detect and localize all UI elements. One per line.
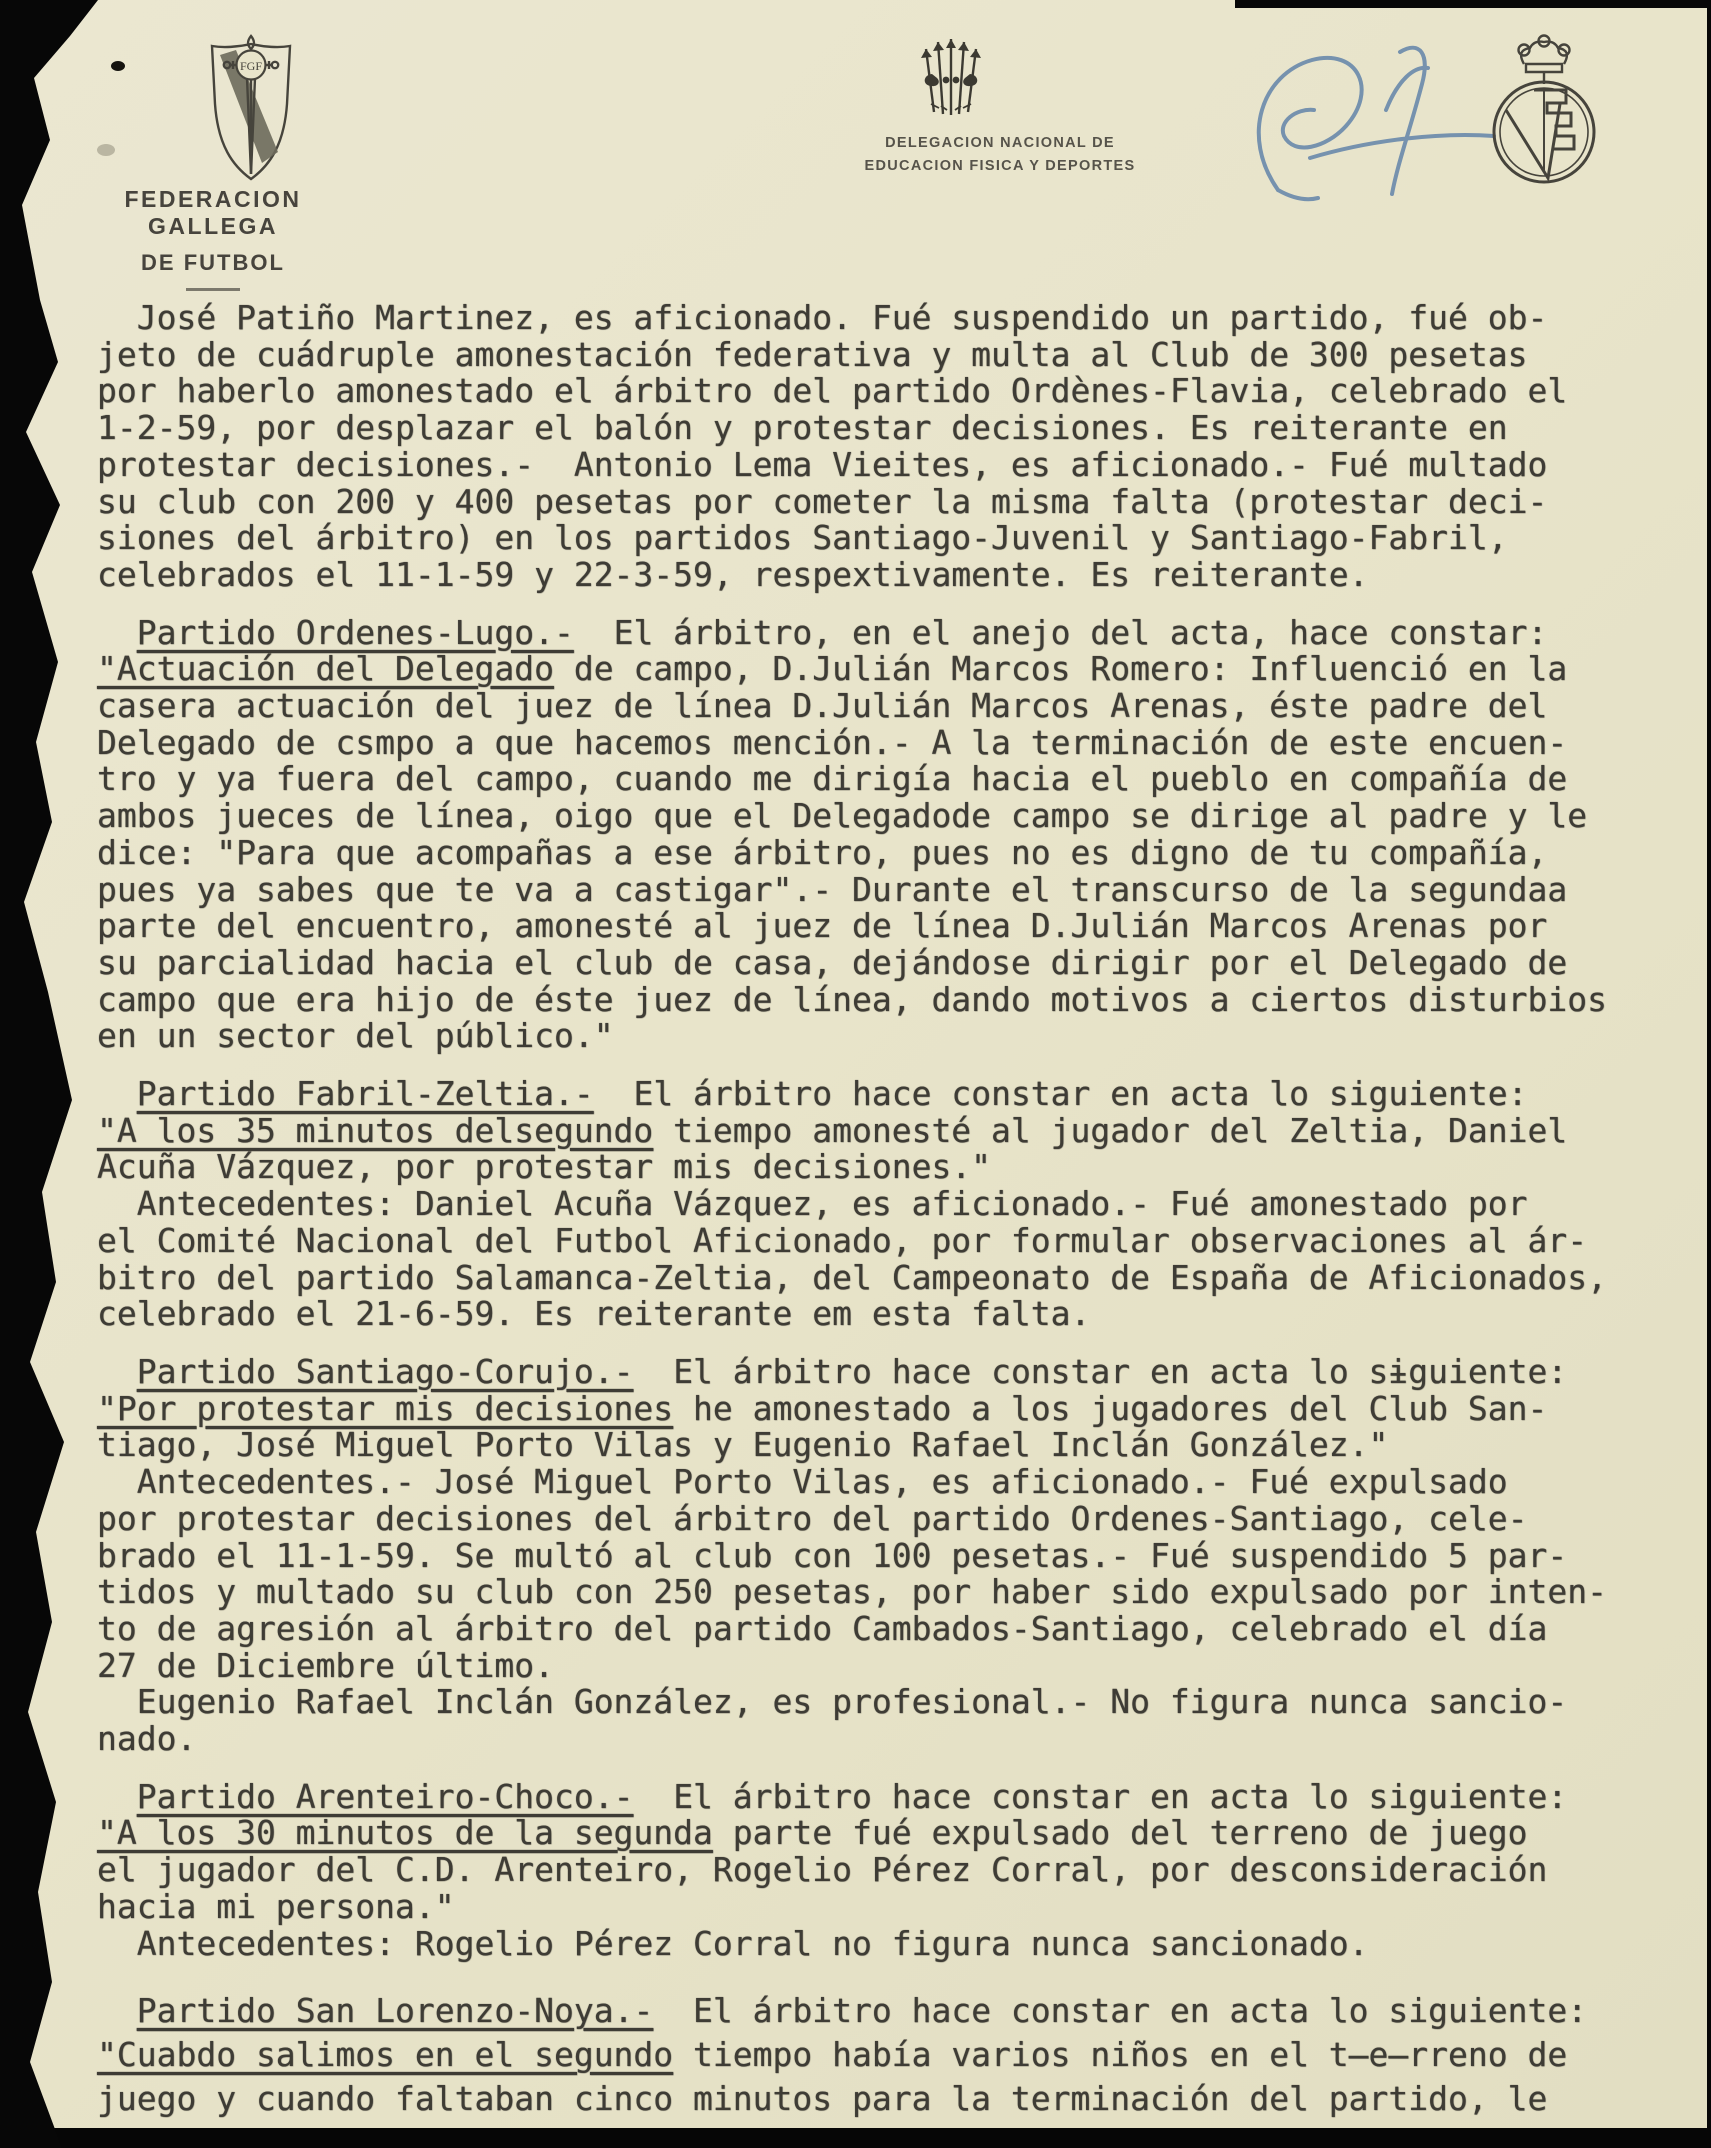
typewritten-line: hacia mi persona." (97, 1889, 1687, 1926)
typewritten-line: 1-2-59, por desplazar el balón y protest… (97, 410, 1687, 447)
typewritten-line: Partido Fabril-Zeltia.- El árbitro hace … (97, 1076, 1687, 1113)
typewritten-line: Delegado de csmpo a que hacemos mención.… (97, 725, 1687, 762)
typewritten-line: el Comité Nacional del Futbol Aficionado… (97, 1223, 1687, 1260)
typewritten-line: su parcialidad hacia el club de casa, de… (97, 945, 1687, 982)
delegation-line2: EDUCACION FISICA Y DEPORTES (790, 155, 1210, 178)
typewritten-line: "Por protestar mis decisiones he amonest… (97, 1391, 1687, 1428)
typewritten-line: Partido Santiago-Corujo.- El árbitro hac… (97, 1354, 1687, 1391)
typewritten-line: casera actuación del juez de línea D.Jul… (97, 688, 1687, 725)
left-org-name: FEDERACION GALLEGA DE FUTBOL (88, 186, 338, 291)
typewritten-line: pues ya sabes que te va a castigar".- Du… (97, 872, 1687, 909)
typewritten-line: siones del árbitro) en los partidos Sant… (97, 520, 1687, 557)
typewritten-line: "A los 35 minutos delsegundo tiempo amon… (97, 1113, 1687, 1150)
org-name-line1: FEDERACION GALLEGA (88, 186, 338, 240)
typewritten-line: jeto de cuádruple amonestación federativ… (97, 337, 1687, 374)
typewritten-line: Antecedentes: Daniel Acuña Vázquez, es a… (97, 1186, 1687, 1223)
typewritten-line: celebrado el 21-6-59. Es reiterante em e… (97, 1296, 1687, 1333)
fgf-monogram: FGF (240, 59, 262, 73)
typewritten-line: campo que era hijo de éste juez de línea… (97, 982, 1687, 1019)
scan-top-edge (1235, 0, 1711, 8)
typewritten-line: "Actuación del Delegado de campo, D.Juli… (97, 651, 1687, 688)
falange-yoke-and-arrows-emblem (919, 34, 983, 120)
document-section: Partido Ordenes-Lugo.- El árbitro, en el… (97, 615, 1687, 1055)
typewritten-line: tidos y multado su club con 250 pesetas,… (97, 1574, 1687, 1611)
scanned-document-page: FGF FEDERACION GALLEGA DE FUTBOL (0, 0, 1711, 2148)
typewritten-line: Partido Ordenes-Lugo.- El árbitro, en el… (97, 615, 1687, 652)
typewritten-line: nado. (97, 1721, 1687, 1758)
typewritten-line: Acuña Vázquez, por protestar mis decisio… (97, 1149, 1687, 1186)
typewritten-line: to de agresión al árbitro del partido Ca… (97, 1611, 1687, 1648)
crowned-federation-crest (1478, 28, 1610, 196)
typewritten-line: bitro del partido Salamanca-Zeltia, del … (97, 1260, 1687, 1297)
typewritten-line: Antecedentes: Rogelio Pérez Corral no fi… (97, 1926, 1687, 1963)
document-section: José Patiño Martinez, es aficionado. Fué… (97, 300, 1687, 594)
typewritten-line: 27 de Diciembre último. (97, 1648, 1687, 1685)
typewritten-line: Antecedentes.- José Miguel Porto Vilas, … (97, 1464, 1687, 1501)
typewritten-line: "Cuabdo salimos en el segundo tiempo hab… (97, 2033, 1687, 2077)
typewritten-line: protestar decisiones.- Antonio Lema Viei… (97, 447, 1687, 484)
typewritten-line: por protestar decisiones del árbitro del… (97, 1501, 1687, 1538)
typewritten-line: tro y ya fuera del campo, cuando me diri… (97, 761, 1687, 798)
org-name-rule (186, 288, 240, 291)
typewritten-line: por haberlo amonestado el árbitro del pa… (97, 373, 1687, 410)
org-name-line2: DE FUTBOL (88, 250, 338, 276)
document-section: Partido Santiago-Corujo.- El árbitro hac… (97, 1354, 1687, 1758)
typewritten-line: Eugenio Rafael Inclán González, es profe… (97, 1684, 1687, 1721)
document-section: Partido Fabril-Zeltia.- El árbitro hace … (97, 1076, 1687, 1333)
typewritten-line: dice: "Para que acompañas a ese árbitro,… (97, 835, 1687, 872)
document-section: Partido San Lorenzo-Noya.- El árbitro ha… (97, 1989, 1687, 2121)
typewritten-line: Partido San Lorenzo-Noya.- El árbitro ha… (97, 1989, 1687, 2033)
typewritten-line: "A los 30 minutos de la segunda parte fu… (97, 1815, 1687, 1852)
typewritten-line: el jugador del C.D. Arenteiro, Rogelio P… (97, 1852, 1687, 1889)
typewritten-line: brado el 11-1-59. Se multó al club con 1… (97, 1538, 1687, 1575)
delegation-line1: DELEGACION NACIONAL DE (790, 132, 1210, 155)
typewritten-line: José Patiño Martinez, es aficionado. Fué… (97, 300, 1687, 337)
handwritten-signature (1248, 38, 1504, 208)
typewritten-line: celebrados el 11-1-59 y 22-3-59, respext… (97, 557, 1687, 594)
typewritten-line: parte del encuentro, amonesté al juez de… (97, 908, 1687, 945)
typewritten-line: Partido Arenteiro-Choco.- El árbitro hac… (97, 1779, 1687, 1816)
typewritten-line: ambos jueces de línea, oigo que el Deleg… (97, 798, 1687, 835)
document-body: José Patiño Martinez, es aficionado. Fué… (97, 300, 1687, 2121)
typewritten-line: tiago, José Miguel Porto Vilas y Eugenio… (97, 1427, 1687, 1464)
typewritten-line: su club con 200 y 400 pesetas por comete… (97, 484, 1687, 521)
center-org-name: DELEGACION NACIONAL DE EDUCACION FISICA … (790, 132, 1210, 178)
fgf-shield-logo: FGF (203, 34, 299, 186)
ink-speck (111, 61, 125, 71)
document-section: Partido Arenteiro-Choco.- El árbitro hac… (97, 1779, 1687, 1963)
scan-right-edge (1707, 0, 1711, 220)
typewritten-line: en un sector del público." (97, 1018, 1687, 1055)
typewritten-line: juego y cuando faltaban cinco minutos pa… (97, 2077, 1687, 2121)
